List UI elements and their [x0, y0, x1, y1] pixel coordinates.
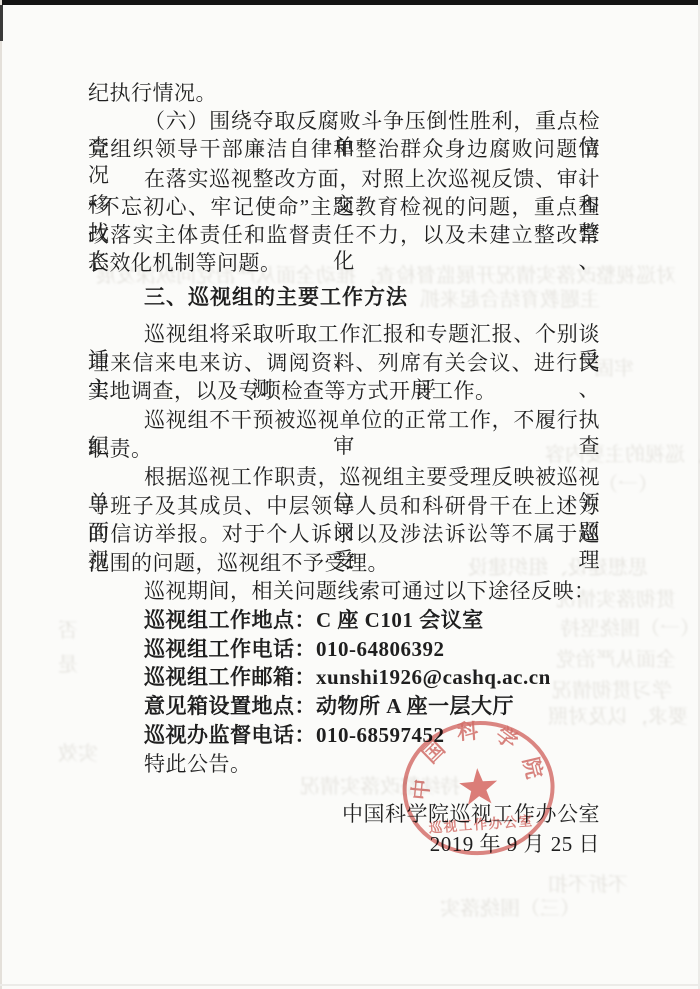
text-line: 巡视组工作地点：C 座 C101 会议室 — [88, 607, 600, 633]
scan-edge-left-wedge — [0, 5, 3, 41]
seal-star-icon — [458, 767, 498, 806]
bleedthrough-text: （一） — [598, 468, 658, 497]
section-heading: 三、巡视组的主要工作方法 — [88, 285, 600, 311]
text-line: 巡视组工作邮箱：xunshi1926@cashq.ac.cn — [88, 664, 600, 690]
text-line: 巡视组工作电话：010-64806392 — [88, 636, 600, 662]
bleedthrough-text: 否 — [58, 614, 78, 643]
scanned-document-page: 对巡视整改落实情况开展监督检查，推动全面从严治党向纵深发展主题教育结合起来抓牢固… — [0, 0, 700, 989]
text-line: 巡视期间，相关问题线索可通过以下途径反映： — [88, 578, 600, 604]
seal-office-text: 巡视工作办公室 — [427, 812, 534, 835]
text-line: 职责。 — [88, 436, 600, 462]
text-line: 实地调查，以及专项检查等方式开展工作。 — [88, 378, 600, 404]
scan-edge-top — [0, 0, 700, 5]
bleedthrough-text: 是 — [58, 648, 78, 677]
signature-date: 2019 年 9 月 25 日 — [88, 831, 664, 857]
bleedthrough-text: 不折不扣 — [548, 868, 628, 897]
bleedthrough-text: （三）围绕落实 — [440, 892, 580, 921]
text-line: 纪执行情况。 — [88, 80, 600, 106]
official-seal: 中国科学院 巡视工作办公室 — [390, 708, 571, 879]
bleedthrough-text: 牢固 — [594, 352, 634, 381]
scan-edge-bottom — [0, 984, 700, 986]
scan-edge-left — [0, 0, 2, 989]
text-line: 长效化机制等问题。 — [88, 250, 600, 276]
text-line: 范围的问题，巡视组不予受理。 — [88, 550, 600, 576]
